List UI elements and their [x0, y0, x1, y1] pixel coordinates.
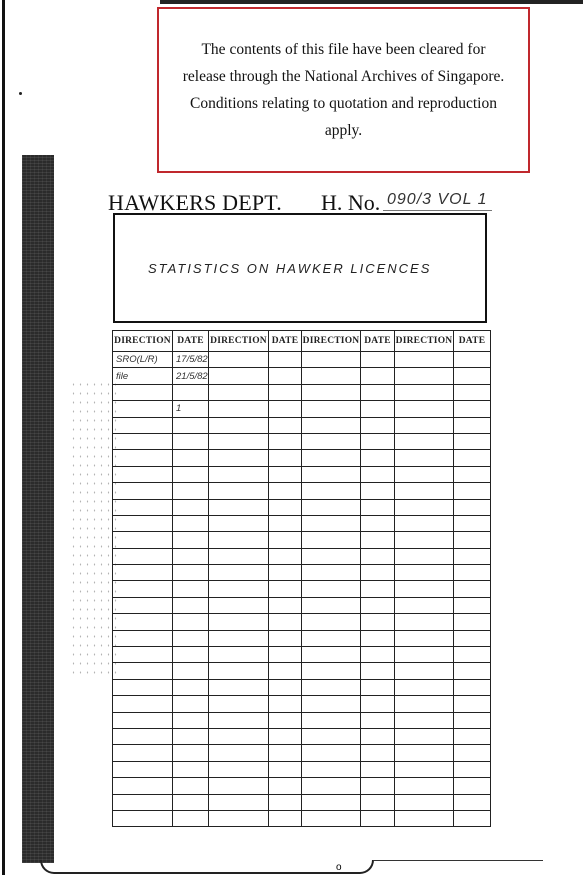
date-cell: [173, 712, 209, 728]
date-cell: [173, 745, 209, 761]
direction-cell: [113, 679, 173, 695]
date-cell: [454, 532, 491, 548]
table-row: [113, 548, 491, 564]
direction-cell: [113, 433, 173, 449]
direction-cell: [395, 679, 454, 695]
direction-cell: [302, 368, 361, 384]
direction-cell: [113, 548, 173, 564]
direction-cell: [395, 565, 454, 581]
direction-cell: [395, 352, 454, 368]
table-row: [113, 761, 491, 777]
direction-cell: [395, 450, 454, 466]
date-cell: [361, 565, 395, 581]
direction-cell: [302, 614, 361, 630]
direction-cell: [209, 401, 269, 417]
direction-cell: [302, 728, 361, 744]
direction-cell: [302, 663, 361, 679]
date-cell: [454, 794, 491, 810]
date-cell: [454, 663, 491, 679]
direction-cell: [302, 450, 361, 466]
direction-cell: [302, 532, 361, 548]
direction-cell: [113, 728, 173, 744]
date-cell: [269, 712, 302, 728]
cover-edge: [373, 860, 543, 861]
date-cell: [454, 778, 491, 794]
date-cell: [361, 728, 395, 744]
date-cell: [173, 630, 209, 646]
direction-cell: [113, 614, 173, 630]
page-edge-top: [160, 0, 583, 4]
direction-cell: [302, 466, 361, 482]
date-cell: [173, 696, 209, 712]
date-cell: [454, 466, 491, 482]
date-cell: [454, 515, 491, 531]
date-cell: 17/5/82: [173, 352, 209, 368]
table-row: [113, 728, 491, 744]
date-cell: [454, 417, 491, 433]
date-cell: [173, 581, 209, 597]
date-cell: [361, 597, 395, 613]
date-cell: [173, 614, 209, 630]
direction-cell: [302, 597, 361, 613]
direction-cell: [113, 810, 173, 826]
date-cell: 21/5/82: [173, 368, 209, 384]
direction-cell: [395, 810, 454, 826]
direction-cell: [395, 368, 454, 384]
date-cell: [173, 679, 209, 695]
direction-cell: [209, 647, 269, 663]
direction-cell: [209, 696, 269, 712]
date-cell: [454, 810, 491, 826]
direction-cell: [209, 778, 269, 794]
clip-ring-icon: o: [336, 862, 342, 873]
date-cell: [454, 630, 491, 646]
date-cell: [269, 499, 302, 515]
direction-cell: [113, 761, 173, 777]
table-row: [113, 565, 491, 581]
direction-cell: [113, 696, 173, 712]
table-row: [113, 581, 491, 597]
date-cell: [173, 433, 209, 449]
date-cell: [269, 581, 302, 597]
direction-cell: [395, 581, 454, 597]
direction-cell: [209, 597, 269, 613]
date-cell: [173, 597, 209, 613]
direction-cell: [302, 647, 361, 663]
date-cell: [173, 794, 209, 810]
date-cell: [361, 352, 395, 368]
date-cell: [269, 466, 302, 482]
notice-line: The contents of this file have been clea…: [201, 36, 485, 63]
date-cell: [361, 696, 395, 712]
direction-cell: [302, 417, 361, 433]
table-row: [113, 745, 491, 761]
direction-cell: [209, 565, 269, 581]
date-cell: [173, 384, 209, 400]
date-cell: [361, 532, 395, 548]
direction-cell: [209, 794, 269, 810]
subject-box: STATISTICS ON HAWKER LICENCES: [113, 213, 487, 323]
direction-cell: [209, 548, 269, 564]
direction-cell: [113, 384, 173, 400]
direction-cell: [302, 352, 361, 368]
date-cell: [454, 483, 491, 499]
direction-cell: [302, 745, 361, 761]
file-number-value: 090/3 VOL 1: [383, 191, 492, 211]
direction-cell: [302, 433, 361, 449]
date-cell: [173, 515, 209, 531]
table-row: [113, 384, 491, 400]
date-cell: [269, 401, 302, 417]
column-header: DIRECTION: [209, 331, 269, 352]
column-header: DATE: [454, 331, 491, 352]
direction-cell: [209, 630, 269, 646]
date-cell: [454, 597, 491, 613]
direction-cell: [395, 515, 454, 531]
direction-cell: [302, 630, 361, 646]
date-cell: [454, 679, 491, 695]
date-cell: [173, 810, 209, 826]
date-cell: [454, 712, 491, 728]
direction-cell: [395, 466, 454, 482]
direction-cell: [302, 401, 361, 417]
table-row: [113, 417, 491, 433]
direction-cell: [113, 581, 173, 597]
direction-cell: [395, 401, 454, 417]
direction-cell: [113, 483, 173, 499]
table-row: [113, 647, 491, 663]
direction-cell: [209, 761, 269, 777]
direction-cell: [209, 581, 269, 597]
table-row: [113, 778, 491, 794]
date-cell: [454, 647, 491, 663]
date-cell: [361, 499, 395, 515]
date-cell: [454, 548, 491, 564]
table-row: [113, 433, 491, 449]
direction-date-table: DIRECTION DATE DIRECTION DATE DIRECTION …: [112, 330, 491, 827]
direction-cell: [113, 597, 173, 613]
direction-cell: [113, 794, 173, 810]
date-cell: [269, 433, 302, 449]
direction-cell: [395, 761, 454, 777]
direction-cell: [302, 581, 361, 597]
direction-cell: [113, 450, 173, 466]
date-cell: [361, 614, 395, 630]
column-header: DIRECTION: [113, 331, 173, 352]
file-subject: STATISTICS ON HAWKER LICENCES: [148, 261, 431, 276]
date-cell: [454, 499, 491, 515]
date-cell: [173, 483, 209, 499]
direction-cell: [302, 515, 361, 531]
date-cell: [454, 761, 491, 777]
direction-cell: [113, 401, 173, 417]
direction-cell: [209, 417, 269, 433]
date-cell: [454, 352, 491, 368]
date-cell: [361, 630, 395, 646]
date-cell: [173, 499, 209, 515]
date-cell: [173, 778, 209, 794]
date-cell: [361, 433, 395, 449]
date-cell: [269, 565, 302, 581]
date-cell: [361, 515, 395, 531]
direction-cell: [113, 778, 173, 794]
date-cell: [361, 679, 395, 695]
direction-cell: [209, 368, 269, 384]
direction-cell: [209, 728, 269, 744]
date-cell: [269, 483, 302, 499]
direction-cell: [395, 532, 454, 548]
direction-cell: [113, 663, 173, 679]
direction-cell: [302, 483, 361, 499]
direction-cell: [302, 712, 361, 728]
column-header: DIRECTION: [302, 331, 361, 352]
notice-line: apply.: [325, 117, 362, 144]
direction-cell: [395, 614, 454, 630]
direction-cell: [209, 352, 269, 368]
date-cell: [361, 712, 395, 728]
date-cell: [361, 810, 395, 826]
direction-cell: [209, 466, 269, 482]
folder-binding-spine: [22, 155, 54, 863]
date-cell: [269, 745, 302, 761]
direction-cell: [302, 565, 361, 581]
date-cell: [269, 810, 302, 826]
direction-cell: [395, 745, 454, 761]
direction-cell: [113, 417, 173, 433]
table-row: [113, 532, 491, 548]
folder-clip: [40, 860, 374, 874]
direction-cell: [395, 794, 454, 810]
date-cell: [454, 384, 491, 400]
direction-cell: [302, 794, 361, 810]
direction-cell: [395, 778, 454, 794]
direction-cell: [395, 647, 454, 663]
direction-cell: [209, 532, 269, 548]
date-cell: [361, 384, 395, 400]
direction-cell: [209, 515, 269, 531]
column-header: DATE: [361, 331, 395, 352]
date-cell: [361, 401, 395, 417]
date-cell: [269, 696, 302, 712]
date-cell: [361, 368, 395, 384]
date-cell: [173, 761, 209, 777]
date-cell: [361, 745, 395, 761]
date-cell: [454, 565, 491, 581]
direction-cell: [113, 745, 173, 761]
speck: [19, 92, 22, 95]
date-cell: [269, 794, 302, 810]
date-cell: [173, 548, 209, 564]
table-row: [113, 483, 491, 499]
table-row: [113, 450, 491, 466]
direction-cell: [113, 499, 173, 515]
table-row: [113, 466, 491, 482]
direction-cell: [302, 384, 361, 400]
date-cell: [361, 581, 395, 597]
table-row: SRO(L/R)17/5/82: [113, 352, 491, 368]
column-header: DATE: [269, 331, 302, 352]
direction-cell: [113, 515, 173, 531]
date-cell: [361, 450, 395, 466]
column-header: DATE: [173, 331, 209, 352]
date-cell: [454, 614, 491, 630]
direction-cell: [395, 728, 454, 744]
date-cell: [173, 565, 209, 581]
date-cell: [454, 401, 491, 417]
date-cell: [269, 597, 302, 613]
date-cell: [269, 761, 302, 777]
date-cell: [454, 745, 491, 761]
date-cell: [173, 728, 209, 744]
direction-cell: [302, 696, 361, 712]
date-cell: [269, 352, 302, 368]
notice-line: release through the National Archives of…: [183, 63, 505, 90]
column-header: DIRECTION: [395, 331, 454, 352]
direction-cell: [209, 499, 269, 515]
direction-cell: [113, 466, 173, 482]
direction-cell: [395, 417, 454, 433]
date-cell: [269, 450, 302, 466]
direction-cell: [395, 548, 454, 564]
date-cell: [361, 647, 395, 663]
table-row: [113, 810, 491, 826]
direction-cell: [209, 384, 269, 400]
table-row: [113, 614, 491, 630]
date-cell: [269, 647, 302, 663]
table-row: [113, 630, 491, 646]
direction-cell: [209, 810, 269, 826]
page-edge: [2, 0, 5, 875]
table-row: [113, 499, 491, 515]
date-cell: [361, 778, 395, 794]
date-cell: [269, 630, 302, 646]
direction-cell: [302, 810, 361, 826]
direction-cell: [209, 614, 269, 630]
table-row: 1: [113, 401, 491, 417]
direction-cell: [113, 532, 173, 548]
table-row: [113, 696, 491, 712]
direction-cell: [113, 712, 173, 728]
date-cell: [173, 466, 209, 482]
date-cell: [361, 761, 395, 777]
direction-cell: [113, 630, 173, 646]
direction-cell: [395, 630, 454, 646]
direction-cell: [209, 433, 269, 449]
date-cell: [454, 696, 491, 712]
date-cell: [173, 532, 209, 548]
table-header-row: DIRECTION DATE DIRECTION DATE DIRECTION …: [113, 331, 491, 352]
direction-cell: [113, 565, 173, 581]
direction-cell: [395, 433, 454, 449]
date-cell: [269, 384, 302, 400]
direction-cell: [302, 499, 361, 515]
table-row: [113, 663, 491, 679]
date-cell: [361, 794, 395, 810]
date-cell: [361, 466, 395, 482]
direction-cell: [395, 663, 454, 679]
direction-cell: [209, 712, 269, 728]
date-cell: [454, 368, 491, 384]
direction-cell: [395, 384, 454, 400]
date-cell: [361, 417, 395, 433]
direction-cell: [209, 679, 269, 695]
direction-cell: [113, 647, 173, 663]
date-cell: [269, 663, 302, 679]
table-row: [113, 794, 491, 810]
direction-cell: [395, 712, 454, 728]
date-cell: [454, 728, 491, 744]
date-cell: [173, 450, 209, 466]
date-cell: [269, 417, 302, 433]
date-cell: [454, 450, 491, 466]
date-cell: [173, 663, 209, 679]
direction-cell: [395, 597, 454, 613]
direction-cell: [209, 663, 269, 679]
date-cell: [361, 483, 395, 499]
archive-clearance-notice: The contents of this file have been clea…: [157, 7, 530, 173]
date-cell: [269, 728, 302, 744]
date-cell: [269, 515, 302, 531]
direction-cell: [209, 745, 269, 761]
date-cell: [269, 778, 302, 794]
direction-cell: [302, 761, 361, 777]
date-cell: [269, 614, 302, 630]
date-cell: [269, 532, 302, 548]
direction-cell: [395, 483, 454, 499]
table-row: [113, 712, 491, 728]
direction-cell: [209, 483, 269, 499]
table-row: file21/5/82: [113, 368, 491, 384]
date-cell: [269, 548, 302, 564]
date-cell: [454, 581, 491, 597]
date-cell: [361, 548, 395, 564]
direction-cell: file: [113, 368, 173, 384]
date-cell: [173, 417, 209, 433]
table-row: [113, 515, 491, 531]
direction-cell: [302, 548, 361, 564]
direction-cell: SRO(L/R): [113, 352, 173, 368]
date-cell: [361, 663, 395, 679]
date-cell: [269, 679, 302, 695]
direction-cell: [395, 499, 454, 515]
direction-cell: [302, 679, 361, 695]
direction-cell: [302, 778, 361, 794]
file-header: HAWKERS DEPT. H. No. 090/3 VOL 1: [108, 190, 498, 214]
date-cell: [173, 647, 209, 663]
direction-cell: [395, 696, 454, 712]
table-row: [113, 679, 491, 695]
date-cell: [454, 433, 491, 449]
notice-line: Conditions relating to quotation and rep…: [190, 90, 497, 117]
date-cell: [269, 368, 302, 384]
table-row: [113, 597, 491, 613]
date-cell: 1: [173, 401, 209, 417]
direction-cell: [209, 450, 269, 466]
